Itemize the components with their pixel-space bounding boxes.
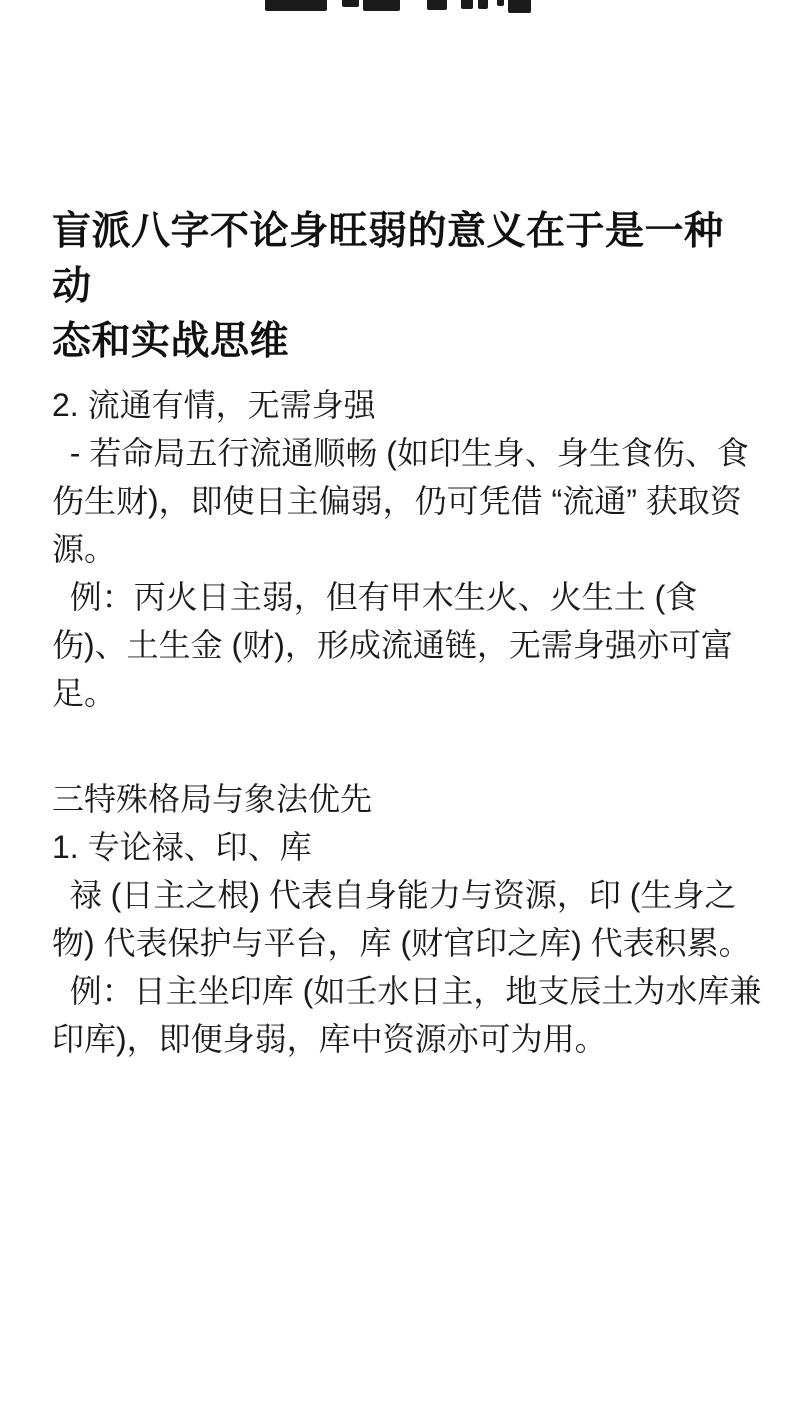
text-line: 例：日主坐印库 (如壬水日主，地支辰土为水库兼 <box>52 967 780 1015</box>
section-special-patterns: 三特殊格局与象法优先 1. 专论禄、印、库 禄 (日主之根) 代表自身能力与资源… <box>52 775 780 1063</box>
cropped-glyph-fragment <box>363 0 400 11</box>
text-line: 禄 (日主之根) 代表自身能力与资源，印 (生身之 <box>52 871 780 919</box>
text-line: 伤)、土生金 (财)，形成流通链，无需身强亦可富 <box>52 621 780 669</box>
article-title: 盲派八字不论身旺弱的意义在于是一种动 态和实战思维 <box>52 204 760 369</box>
text-line: 伤生财)，即使日主偏弱，仍可凭借 “流通” 获取资 <box>52 477 780 525</box>
text-line: - 若命局五行流通顺畅 (如印生身、身生食伤、食 <box>52 429 780 477</box>
text-line: 印库)，即便身弱，库中资源亦可为用。 <box>52 1015 780 1063</box>
article-title-line: 盲派八字不论身旺弱的意义在于是一种动 <box>52 204 760 314</box>
section-flow-sentiment: 2. 流通有情，无需身强 - 若命局五行流通顺畅 (如印生身、身生食伤、食 伤生… <box>52 381 780 717</box>
article-title-line: 态和实战思维 <box>52 314 760 369</box>
document-page: 盲派八字不论身旺弱的意义在于是一种动 态和实战思维 2. 流通有情，无需身强 -… <box>0 0 800 1413</box>
text-line: 2. 流通有情，无需身强 <box>52 381 780 429</box>
cropped-glyph-fragment <box>342 0 359 7</box>
cropped-glyph-fragment <box>461 0 473 9</box>
cropped-top-text <box>0 0 800 14</box>
text-line: 1. 专论禄、印、库 <box>52 823 780 871</box>
cropped-glyph-fragment <box>265 0 327 11</box>
article-body: 2. 流通有情，无需身强 - 若命局五行流通顺畅 (如印生身、身生食伤、食 伤生… <box>52 381 780 1063</box>
text-line: 物) 代表保护与平台，库 (财官印之库) 代表积累。 <box>52 919 780 967</box>
text-line: 三特殊格局与象法优先 <box>52 775 780 823</box>
cropped-glyph-fragment <box>478 0 488 9</box>
text-line: 足。 <box>52 669 780 717</box>
cropped-glyph-fragment <box>508 0 531 13</box>
text-line: 源。 <box>52 525 780 573</box>
text-line: 例：丙火日主弱，但有甲木生火、火生土 (食 <box>52 573 780 621</box>
cropped-glyph-fragment <box>427 0 447 10</box>
cropped-glyph-fragment <box>497 0 504 6</box>
